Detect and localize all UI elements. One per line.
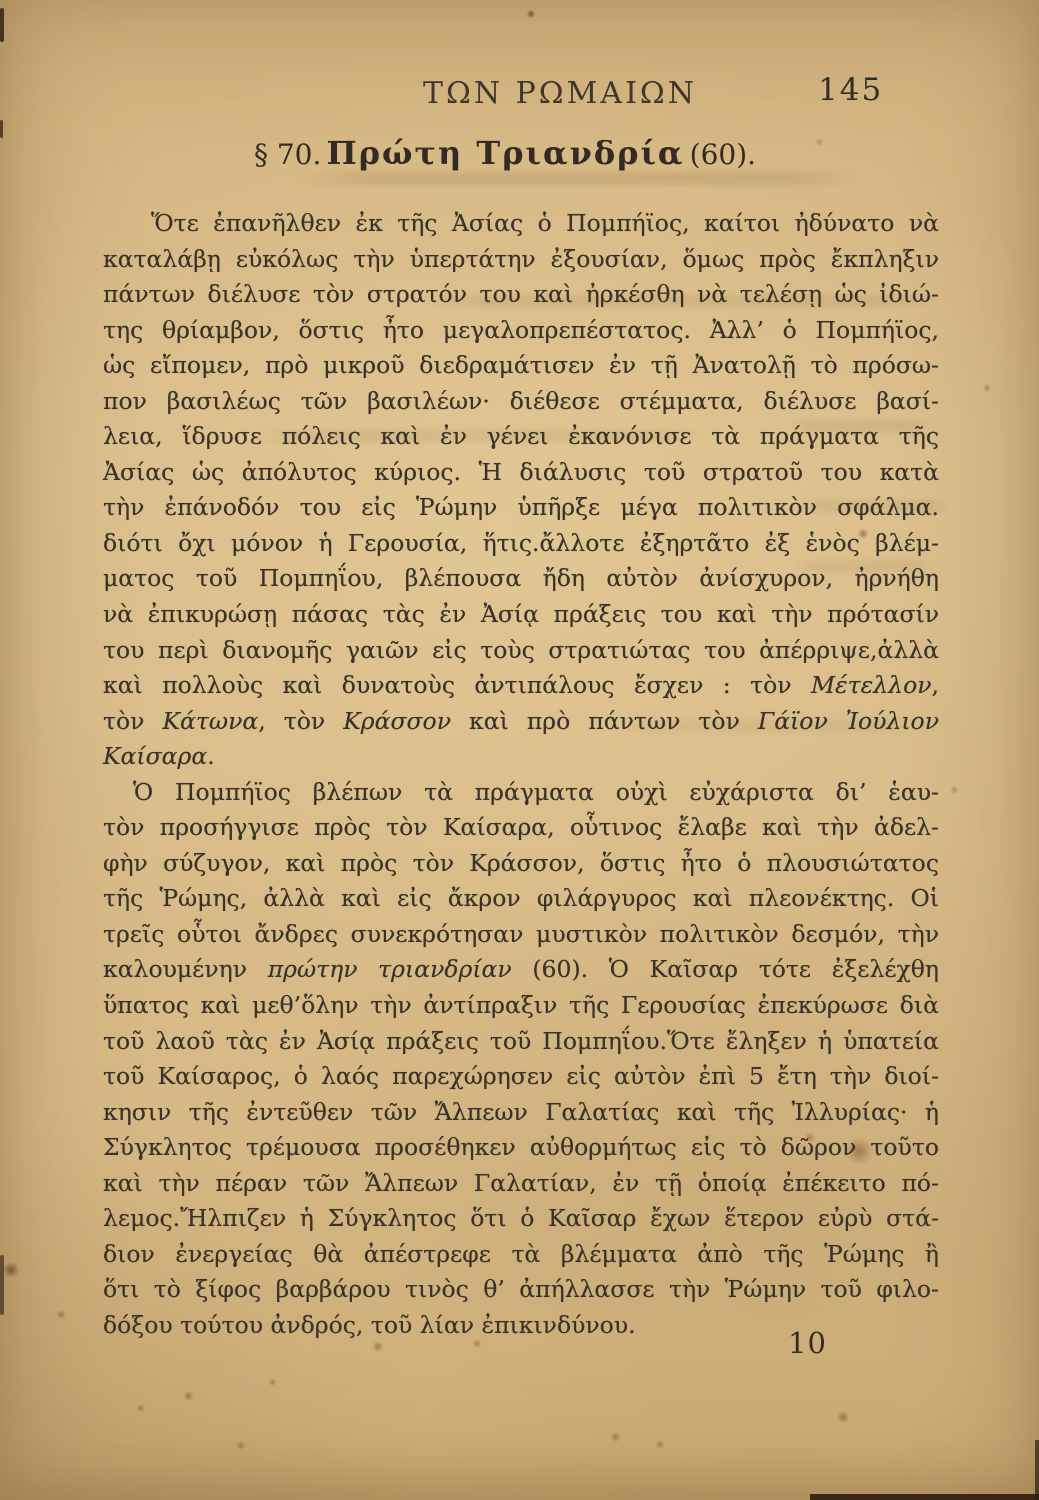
text-line: ὕπατος καὶ μεθ’ὅλην τὴν ἀντίπραξιν τῆς Γ… xyxy=(103,988,939,1024)
stain xyxy=(56,1310,66,1319)
text-line: τρεῖς οὗτοι ἄνδρες συνεκρότησαν μυστικὸν… xyxy=(103,917,939,953)
text-line: ὡς εἴπομεν, πρὸ μικροῦ διεδραμάτισεν ἐν … xyxy=(103,348,939,384)
text-line: καὶ πολλοὺς καὶ δυνατοὺς ἀντιπάλους ἔσχε… xyxy=(103,668,939,704)
text-line: Ὅτε ἐπανῆλθεν ἐκ τῆς Ἀσίας ὁ Πομπήϊος, κ… xyxy=(103,206,939,242)
stain xyxy=(655,1440,665,1449)
text-line: τοῦ Καίσαρος, ὁ λαός παρεχώρησεν εἰς αὐτ… xyxy=(103,1059,939,1095)
text-line: τὸν Κάτωνα, τὸν Κράσσον καὶ πρὸ πάντων τ… xyxy=(103,704,939,740)
stain xyxy=(268,1378,277,1386)
scan-edge-artifact xyxy=(1035,1440,1039,1500)
text-line: τῆς Ῥώμης, ἀλλὰ καὶ εἰς ἄκρον φιλάργυρος… xyxy=(103,881,939,917)
section-year-ref: (60). xyxy=(690,138,756,171)
text-line: διότι ὄχι μόνον ἡ Γερουσία, ἥτις.ἄλλοτε … xyxy=(103,526,939,562)
stain xyxy=(2,1262,20,1278)
scan-edge-artifact xyxy=(0,8,4,42)
showthrough-ghost xyxy=(300,172,860,185)
text-line: τοῦ λαοῦ τὰς ἐν Ἀσίᾳ πράξεις τοῦ Πομπηΐο… xyxy=(103,1024,939,1060)
page-number: 145 xyxy=(818,72,883,108)
text-line: πον βασιλέως τῶν βασιλέων· διέθεσε στέμμ… xyxy=(103,384,939,420)
text-line: λεια, ἵδρυσε πόλεις καὶ ἐν γένει ἐκανόνι… xyxy=(103,419,939,455)
running-header: ΤΩΝ ΡΩΜΑΙΩΝ xyxy=(220,76,900,111)
text-line: Ὁ Πομπήϊος βλέπων τὰ πράγματα οὐχὶ εὐχάρ… xyxy=(103,775,939,811)
stain xyxy=(950,786,959,794)
text-line: λεμος.Ἤλπιζεν ἡ Σύγκλητος ὅτι ὁ Καῖσαρ ἔ… xyxy=(103,1201,939,1237)
text-line: κησιν τῆς ἐντεῦθεν τῶν Ἄλπεων Γαλατίας κ… xyxy=(103,1095,939,1131)
text-line: τὴν ἐπάνοδόν του εἰς Ῥώμην ὑπῆρξε μέγα π… xyxy=(103,490,939,526)
text-line: Σύγκλητος τρέμουσα προσέθηκεν αὐθορμήτως… xyxy=(103,1130,939,1166)
page-text: Ὅτε ἐπανῆλθεν ἐκ τῆς Ἀσίας ὁ Πομπήϊος, κ… xyxy=(103,206,939,1344)
text-line: καλουμένην πρώτην τριανδρίαν (60). Ὁ Καῖ… xyxy=(103,952,939,988)
scan-edge-artifact xyxy=(0,1255,4,1315)
text-line: Ἀσίας ὡς ἀπόλυτος κύριος. Ἡ διάλυσις τοῦ… xyxy=(103,455,939,491)
text-line: του περὶ διανομῆς γαιῶν εἰς τοὺς στρατιώ… xyxy=(103,633,939,669)
scan-edge-artifact xyxy=(810,1494,1039,1500)
text-line: νὰ ἐπικυρώσῃ πάσας τὰς ἐν Ἀσίᾳ πράξεις τ… xyxy=(103,597,939,633)
text-line: Καίσαρα. xyxy=(103,739,939,775)
section-number: § 70. xyxy=(254,138,321,171)
scanned-page: ΤΩΝ ΡΩΜΑΙΩΝ 145 § 70. Πρώτη Τριανδρία (6… xyxy=(0,0,1039,1500)
text-line: καὶ τὴν πέραν τῶν Ἄλπεων Γαλατίαν, ἐν τῇ… xyxy=(103,1166,939,1202)
section-title: Πρώτη Τριανδρία xyxy=(327,134,685,172)
stain xyxy=(983,384,991,392)
text-line: ματος τοῦ Πομπηΐου, βλέπουσα ἤδη αὐτὸν ἀ… xyxy=(103,561,939,597)
signature-mark: 10 xyxy=(788,1326,827,1360)
section-heading: § 70. Πρώτη Τριανδρία (60). xyxy=(0,134,1010,172)
stain xyxy=(836,1411,850,1423)
stain xyxy=(136,1404,145,1412)
text-line: διον ἐνεργείας θὰ ἀπέστρεφε τὰ βλέμματα … xyxy=(103,1237,939,1273)
text-line: τὸν προσήγγισε πρὸς τὸν Καίσαρα, οὗτινος… xyxy=(103,810,939,846)
text-line: καταλάβῃ εὐκόλως τὴν ὑπερτάτην ἐξουσίαν,… xyxy=(103,242,939,278)
text-line: ὅτι τὸ ξίφος βαρβάρου τινὸς θ’ ἀπήλλασσε… xyxy=(103,1272,939,1308)
text-line: πάντων διέλυσε τὸν στρατόν του καὶ ἠρκέσ… xyxy=(103,277,939,313)
text-line: της θρίαμβον, ὅστις ἦτο μεγαλοπρεπέστατο… xyxy=(103,313,939,349)
stain xyxy=(183,1391,194,1401)
stain xyxy=(610,1432,621,1442)
text-line: φὴν σύζυγον, καὶ πρὸς τὸν Κράσσον, ὅστις… xyxy=(103,846,939,882)
stain xyxy=(236,1441,246,1450)
stain xyxy=(527,9,535,19)
